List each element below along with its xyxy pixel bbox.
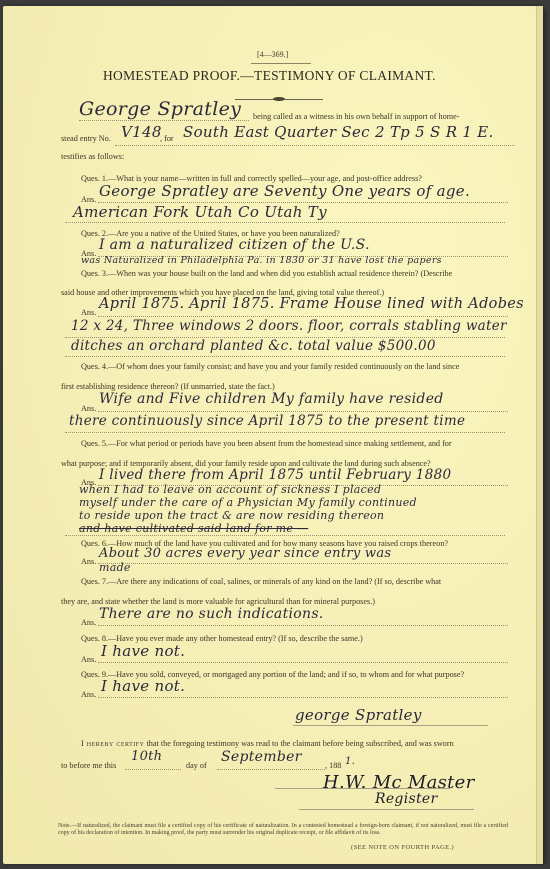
document-title: HOMESTEAD PROOF.—TESTIMONY OF CLAIMANT. [103, 68, 436, 84]
answer-5-line-3: myself under the care of a Physician My … [79, 496, 417, 509]
question-3: Ques. 3.—When was your house built on th… [81, 269, 452, 278]
answer-5-line-5: and have cultivated said land for me — [79, 522, 308, 535]
day-line [125, 769, 181, 770]
certification-line-1: I hereby certify that the foregoing test… [81, 739, 454, 748]
answer-rule [65, 356, 505, 357]
answer-rule [98, 625, 508, 626]
answer-rule [98, 563, 508, 564]
entry-line [115, 145, 515, 146]
question-4-continued: first establishing residence thereon? (I… [61, 382, 275, 391]
register-title-line [299, 809, 474, 810]
question-text: Are there any indications of coal, salin… [116, 577, 441, 586]
certification-day-handwritten: 10th [131, 749, 162, 764]
answer-6-line-1: About 30 acres every year since entry wa… [99, 546, 391, 561]
intro-for-label: , for [160, 134, 174, 143]
answer-rule [98, 411, 508, 412]
answer-rule [98, 316, 508, 317]
answer-2-line-1: I am a naturalized citizen of the U.S. [99, 237, 370, 253]
question-text: When was your house built on the land an… [116, 269, 452, 278]
answer-label: Ans. [81, 690, 96, 699]
title-ornament-rule [235, 98, 323, 101]
answer-7-line-1: There are no such indications. [99, 606, 324, 622]
question-4: Ques. 4.—Of whom does your family consis… [81, 362, 459, 371]
certification-day-of-label: day of [186, 761, 207, 770]
answer-rule [65, 222, 505, 223]
answer-4-line-2: there continuously since April 1875 to t… [69, 413, 465, 429]
certification-year-handwritten: 1. [345, 756, 355, 767]
form-number: [4—369.] [257, 50, 288, 59]
certification-month-handwritten: September [221, 749, 302, 765]
answer-rule [65, 535, 505, 536]
question-label: Ques. 3.— [81, 269, 116, 278]
answer-9-line-1: I have not. [101, 677, 185, 695]
question-label: Ques. 7.— [81, 577, 116, 586]
month-line [217, 769, 325, 770]
answer-label: Ans. [81, 557, 96, 566]
certification-sworn-label: to before me this [61, 761, 116, 770]
answer-1-line-1: George Spratley are Seventy One years of… [99, 182, 470, 200]
certification-text: that the foregoing testimony was read to… [144, 739, 453, 748]
form-number-underline [251, 63, 311, 64]
answer-rule [98, 697, 508, 698]
see-note-fourth-page: (SEE NOTE ON FOURTH PAGE.) [351, 844, 454, 851]
question-7: Ques. 7.—Are there any indications of co… [81, 577, 441, 586]
intro-entry-label: stead entry No. [61, 134, 111, 143]
answer-rule [65, 432, 505, 433]
answer-2-line-2: was Naturalized in Philadelphia Pa. in 1… [81, 255, 442, 266]
answer-label: Ans. [81, 308, 96, 317]
page-edge [536, 6, 543, 864]
certification-prefix: I hereby certify [81, 739, 144, 748]
answer-5-line-2: when I had to leave on account of sickne… [79, 483, 381, 496]
question-label: Ques. 4.— [81, 362, 116, 371]
name-line [79, 120, 249, 121]
answer-8-line-1: I have not. [101, 642, 185, 660]
document-page: [4—369.] HOMESTEAD PROOF.—TESTIMONY OF C… [3, 6, 543, 864]
answer-3-line-3: ditches an orchard planted &c. total val… [71, 338, 436, 354]
answer-3-line-1: April 1875. April 1875. Frame House line… [99, 296, 524, 312]
intro-text-1: being called as a witness in his own beh… [253, 112, 459, 121]
question-label: Ques. 5.— [81, 439, 116, 448]
answer-3-line-2: 12 x 24, Three windows 2 doors. floor, c… [71, 318, 507, 334]
question-5: Ques. 5.—For what period or periods have… [81, 439, 452, 448]
question-7-continued: they are, and state whether the land is … [61, 597, 375, 606]
question-text: Of whom does your family consist; and ha… [116, 362, 459, 371]
intro-text-3: testifies as follows: [61, 152, 124, 161]
register-title-handwritten: Register [375, 791, 437, 807]
answer-rule [98, 662, 508, 663]
claimant-name-handwritten: George Spratley [79, 98, 241, 120]
answer-4-line-1: Wife and Five children My family have re… [99, 391, 444, 407]
register-signature-line [275, 788, 450, 789]
claimant-signature-line [293, 725, 488, 726]
register-signature: H.W. Mc Master [323, 772, 475, 793]
entry-number-handwritten: V148 [121, 123, 162, 141]
footer-note: Note.—If naturalized, the claimant must … [58, 823, 508, 837]
answer-6-line-2: made [99, 561, 131, 574]
answer-1-line-2: American Fork Utah Co Utah Ty [73, 203, 327, 221]
land-description-handwritten: South East Quarter Sec 2 Tp 5 S R 1 E. [183, 123, 494, 141]
answer-5-line-4: to reside upon the tract & are now resid… [79, 509, 384, 522]
claimant-signature: george Spratley [295, 706, 422, 724]
answer-label: Ans. [81, 618, 96, 627]
question-text: For what period or periods have you been… [116, 439, 451, 448]
certification-year-prefix: , 188 [325, 761, 341, 770]
answer-5-line-1: I lived there from April 1875 until Febr… [99, 467, 451, 483]
answer-label: Ans. [81, 404, 96, 413]
answer-label: Ans. [81, 655, 96, 664]
